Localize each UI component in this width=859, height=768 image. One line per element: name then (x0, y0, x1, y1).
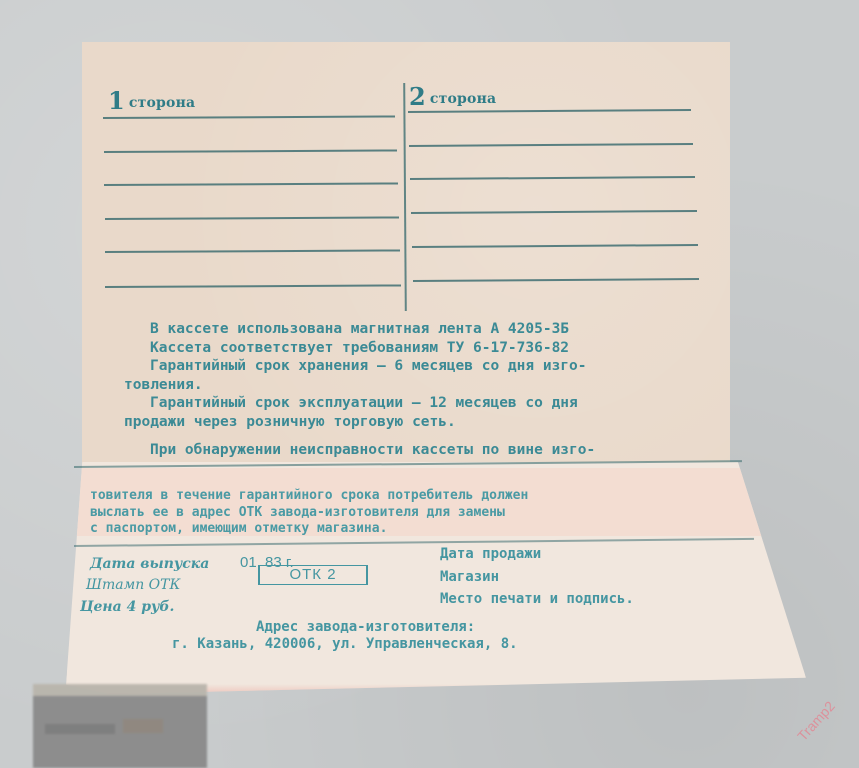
storage-warranty-text: Гарантийный срок хранения — 6 месяцев со… (150, 357, 587, 375)
tape-type-text: В кассете использована магнитная лента А… (150, 320, 569, 338)
side-2-number: 2 (409, 82, 426, 111)
sale-date-label: Дата продажи (440, 546, 541, 562)
side-1-number: 1 (108, 86, 125, 115)
price-label: Цена 4 руб. (80, 599, 174, 615)
manufacturer-address-title: Адрес завода-изготовителя: (256, 619, 475, 635)
seal-signature-label: Место печати и подпись. (440, 591, 634, 607)
defect-notice-text: При обнаружении неисправности кассеты по… (150, 441, 595, 459)
flap-text-line: с паспортом, имеющим отметку магазина. (90, 520, 387, 537)
usage-warranty-text-cont: продажи через розничную торговую сеть. (124, 413, 456, 431)
usage-warranty-text: Гарантийный срок эксплуатации — 12 месяц… (150, 394, 578, 412)
redacted-region (33, 684, 207, 768)
otk-stamp: ОТК 2 (258, 565, 368, 585)
side-2-label: сторона (430, 91, 496, 107)
manufacturer-address: г. Казань, 420006, ул. Управленческая, 8… (172, 636, 518, 652)
side-1-label: сторона (129, 95, 195, 111)
side-1-header: 1сторона (108, 86, 195, 115)
spec-text: Кассета соответствует требованиям ТУ 6-1… (150, 339, 569, 357)
shop-label: Магазин (440, 569, 499, 585)
stamp-label: Штамп ОТК (86, 577, 180, 593)
side-2-header: 2сторона (409, 82, 496, 111)
storage-warranty-text-cont: товления. (124, 376, 203, 394)
flap-text-line: товителя в течение гарантийного срока по… (90, 487, 528, 504)
flap-text-line: выслать ее в адрес ОТК завода-изготовите… (90, 504, 505, 521)
release-date-label: Дата выпуска (90, 556, 209, 572)
